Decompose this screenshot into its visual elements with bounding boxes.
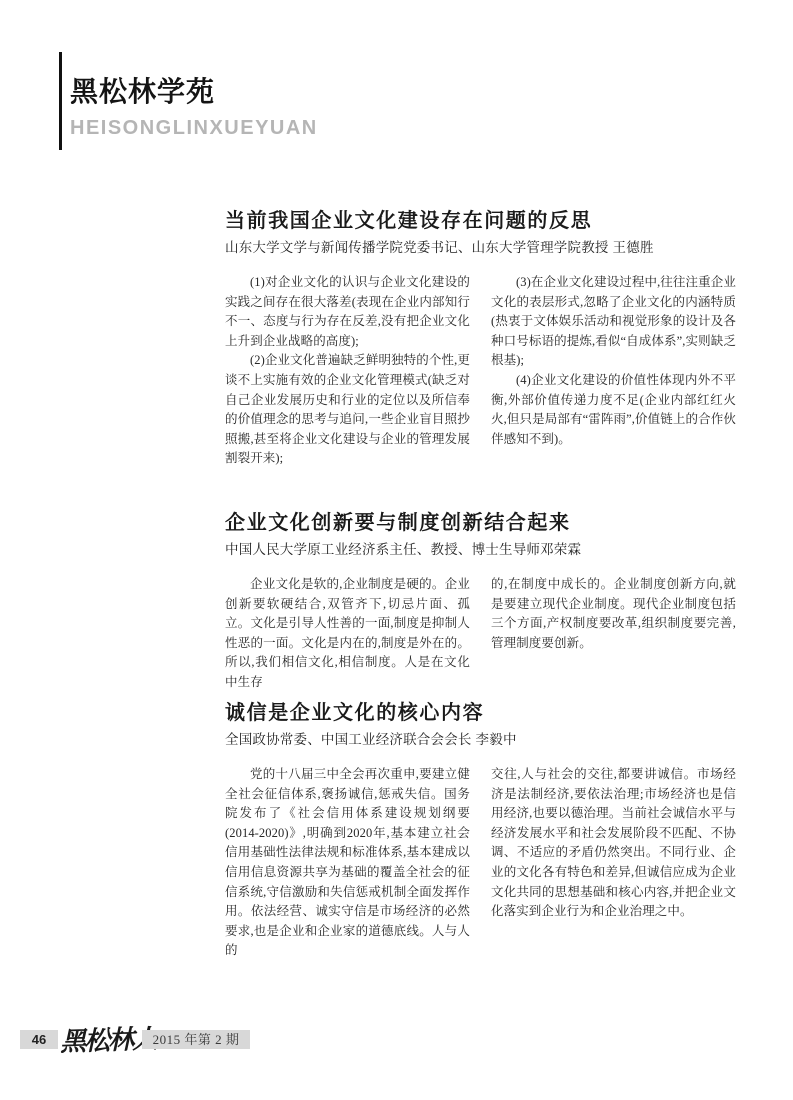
paragraph: (4)企业文化建设的价值性体现内外不平衡,外部价值传递力度不足(企业内部红红火火… — [491, 371, 736, 449]
magazine-page: 黑松林学苑 HEISONGLINXUEYUAN 当前我国企业文化建设存在问题的反… — [0, 0, 793, 1100]
paragraph: 企业文化是软的,企业制度是硬的。企业创新要软硬结合,双管齐下,切忌片面、孤立。文… — [225, 575, 470, 693]
paragraph: 的,在制度中成长的。企业制度创新方向,就是要建立现代企业制度。现代企业制度包括三… — [491, 575, 736, 653]
article-column-left: (1)对企业文化的认识与企业文化建设的实践之间存在很大落差(表现在企业内部知行不… — [225, 273, 470, 469]
article-title: 企业文化创新要与制度创新结合起来 — [225, 509, 737, 537]
section-pinyin: HEISONGLINXUEYUAN — [70, 117, 318, 139]
article-byline: 全国政协常委、中国工业经济联合会会长 李毅中 — [225, 731, 737, 748]
paragraph: (3)在企业文化建设过程中,往往注重企业文化的表层形式,忽略了企业文化的内涵特质… — [491, 273, 736, 371]
article-byline: 山东大学文学与新闻传播学院党委书记、山东大学管理学院教授 王德胜 — [225, 239, 737, 256]
page-number: 46 — [20, 1030, 58, 1049]
article-body: (1)对企业文化的认识与企业文化建设的实践之间存在很大落差(表现在企业内部知行不… — [225, 273, 737, 469]
article-column-right: 的,在制度中成长的。企业制度创新方向,就是要建立现代企业制度。现代企业制度包括三… — [491, 575, 736, 693]
article-title: 当前我国企业文化建设存在问题的反思 — [225, 207, 737, 235]
article-1: 当前我国企业文化建设存在问题的反思 山东大学文学与新闻传播学院党委书记、山东大学… — [225, 207, 737, 469]
section-title: 黑松林学苑 — [70, 76, 215, 108]
paragraph: 交往,人与社会的交往,都要讲诚信。市场经济是法制经济,要依法治理;市场经济也是信… — [491, 765, 736, 922]
article-title: 诚信是企业文化的核心内容 — [225, 699, 737, 727]
article-byline: 中国人民大学原工业经济系主任、教授、博士生导师邓荣霖 — [225, 541, 737, 558]
article-body: 党的十八届三中全会再次重申,要建立健全社会征信体系,褒扬诚信,惩戒失信。国务院发… — [225, 765, 737, 961]
article-2: 企业文化创新要与制度创新结合起来 中国人民大学原工业经济系主任、教授、博士生导师… — [225, 509, 737, 693]
article-column-right: 交往,人与社会的交往,都要讲诚信。市场经济是法制经济,要依法治理;市场经济也是信… — [491, 765, 736, 961]
paragraph: (2)企业文化普遍缺乏鲜明独特的个性,更谈不上实施有效的企业文化管理模式(缺乏对… — [225, 351, 470, 469]
article-body: 企业文化是软的,企业制度是硬的。企业创新要软硬结合,双管齐下,切忌片面、孤立。文… — [225, 575, 737, 693]
paragraph: 党的十八届三中全会再次重申,要建立健全社会征信体系,褒扬诚信,惩戒失信。国务院发… — [225, 765, 470, 961]
article-column-right: (3)在企业文化建设过程中,往往注重企业文化的表层形式,忽略了企业文化的内涵特质… — [491, 273, 736, 469]
section-divider-bar — [59, 52, 62, 150]
article-column-left: 企业文化是软的,企业制度是硬的。企业创新要软硬结合,双管齐下,切忌片面、孤立。文… — [225, 575, 470, 693]
issue-label: 2015 年第 2 期 — [142, 1030, 250, 1049]
page-footer: 46 黑松林人 2015 年第 2 期 — [0, 1028, 793, 1058]
article-column-left: 党的十八届三中全会再次重申,要建立健全社会征信体系,褒扬诚信,惩戒失信。国务院发… — [225, 765, 470, 961]
article-3: 诚信是企业文化的核心内容 全国政协常委、中国工业经济联合会会长 李毅中 党的十八… — [225, 699, 737, 961]
paragraph: (1)对企业文化的认识与企业文化建设的实践之间存在很大落差(表现在企业内部知行不… — [225, 273, 470, 351]
